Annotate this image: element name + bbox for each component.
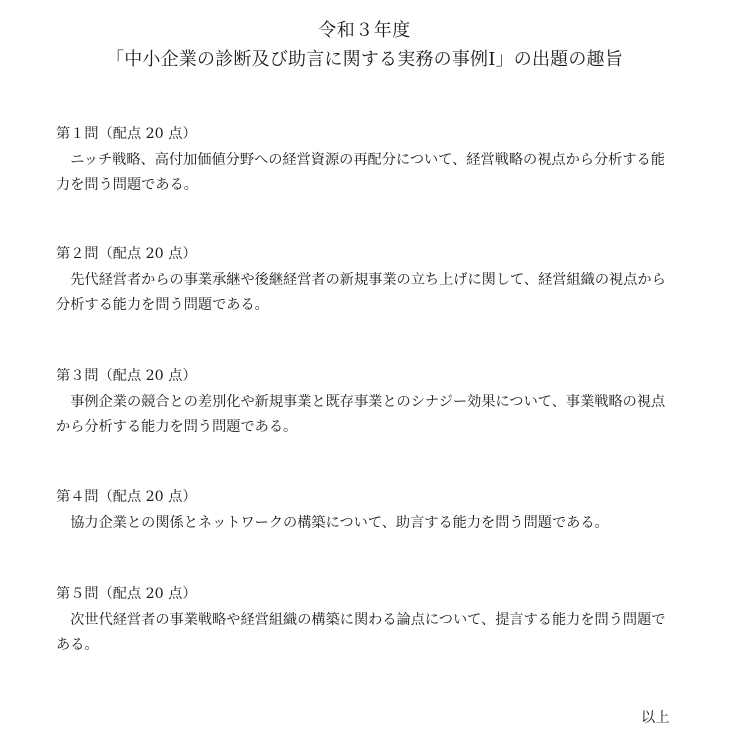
question-section-4: 第４問（配点 20 点） 協力企業との関係とネットワークの構築について、助言する… [56, 486, 676, 536]
document-title: 令和３年度 「中小企業の診断及び助言に関する実務の事例Ⅰ」の出題の趣旨 [0, 18, 729, 74]
question-description: 協力企業との関係とネットワークの構築について、助言する能力を問う問題である。 [56, 511, 676, 536]
question-heading: 第３問（配点 20 点） [56, 365, 676, 387]
question-section-1: 第１問（配点 20 点） ニッチ戦略、高付加価値分野への経営資源の再配分について… [56, 123, 676, 197]
question-description: 事例企業の競合との差別化や新規事業と既存事業とのシナジー効果について、事業戦略の… [56, 390, 676, 439]
title-year: 令和３年度 [0, 18, 729, 44]
question-heading: 第４問（配点 20 点） [56, 486, 676, 508]
question-heading: 第５問（配点 20 点） [56, 583, 676, 605]
question-heading: 第１問（配点 20 点） [56, 123, 676, 145]
question-section-5: 第５問（配点 20 点） 次世代経営者の事業戦略や経営組織の構築に関わる論点につ… [56, 583, 676, 657]
question-section-2: 第２問（配点 20 点） 先代経営者からの事業承継や後継経営者の新規事業の立ち上… [56, 243, 676, 317]
title-subject: 「中小企業の診断及び助言に関する実務の事例Ⅰ」の出題の趣旨 [0, 46, 729, 74]
question-section-3: 第３問（配点 20 点） 事例企業の競合との差別化や新規事業と既存事業とのシナジ… [56, 365, 676, 439]
question-description: ニッチ戦略、高付加価値分野への経営資源の再配分について、経営戦略の視点から分析す… [56, 148, 676, 197]
closing-mark: 以上 [641, 707, 669, 729]
question-heading: 第２問（配点 20 点） [56, 243, 676, 265]
question-description: 先代経営者からの事業承継や後継経営者の新規事業の立ち上げに関して、経営組織の視点… [56, 268, 676, 317]
question-description: 次世代経営者の事業戦略や経営組織の構築に関わる論点について、提言する能力を問う問… [56, 608, 676, 657]
